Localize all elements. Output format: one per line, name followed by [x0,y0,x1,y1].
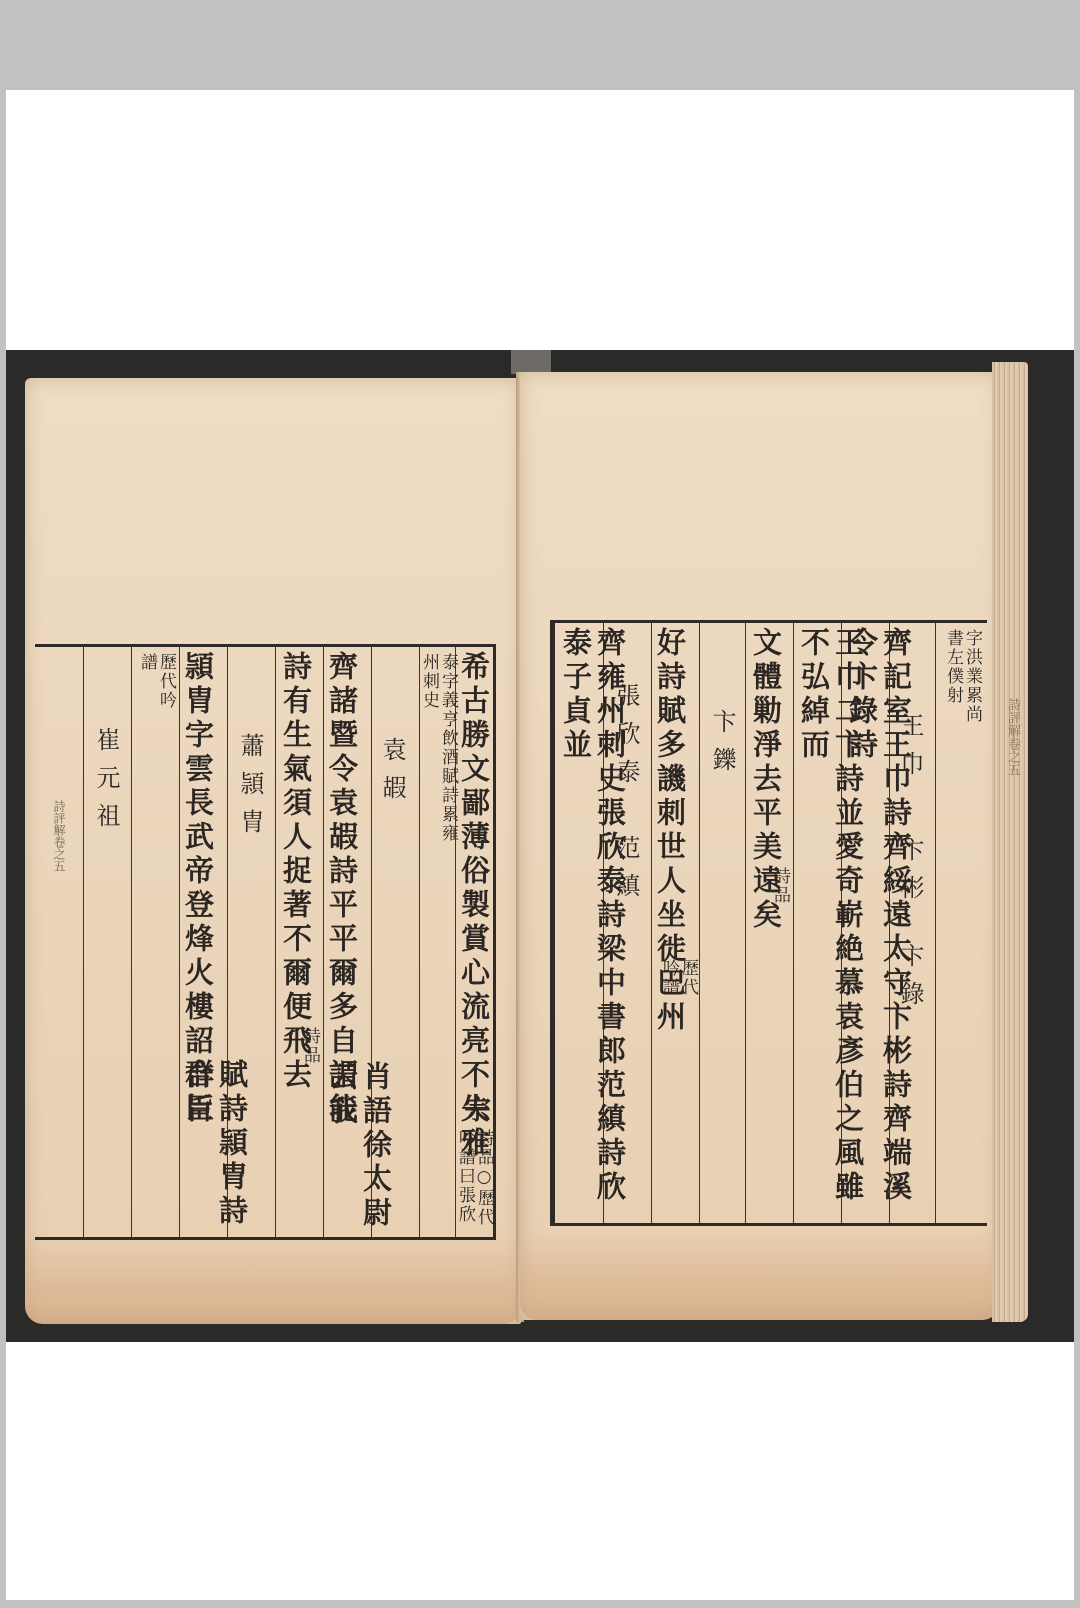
column-rule [935,623,936,1223]
column-rule [699,623,700,1223]
column-rule [323,647,324,1237]
text-column-4-cont: 肖語徐太尉云我 [325,1061,393,1237]
column-rule [419,647,420,1237]
left-page-text-frame: 希古勝文鄙薄俗製賞心流亮不失雅 宗 詩品○歷代吟譜曰張欣 泰字義亨飲酒賦詩累雍州… [35,644,496,1240]
column-rule [275,647,276,1237]
annotation-1: 詩品○歷代吟譜曰張欣 [455,1129,493,1229]
water-stain [25,1234,521,1324]
column-rule [179,647,180,1237]
right-page-text-frame: 字洪業累尚書左僕射 王巾 卞彬 卞錄 齊記室王巾詩齊綏遠太守卞彬詩齊端溪令卞錄詩… [550,620,987,1226]
right-page: 字洪業累尚書左僕射 王巾 卞彬 卞錄 齊記室王巾詩齊綏遠太守卞彬詩齊端溪令卞錄詩… [520,372,1000,1320]
text-column-1: 希古勝文鄙薄俗製賞心流亮不失雅 [457,651,491,1161]
annotation-r1: 字洪業累尚書左僕射 [939,629,981,739]
annotation-r7: 歷代吟譜 [653,959,697,1009]
fore-edge-label: 詩評解卷之五 [996,698,1020,776]
text-column-1-cont: 宗 [457,1095,491,1127]
book-scan-image: 詩評解卷之五 希古勝文鄙薄俗製賞心流亮不失雅 宗 詩品○歷代吟譜曰張欣 泰字義亨… [6,350,1074,1342]
page-fore-edge [992,362,1028,1322]
text-column-7: 頴胄字雲長武帝登烽火樓詔群臣 [181,651,215,1127]
column-rule [651,623,652,1223]
text-column-7-cont: 賦詩頴胄詩合旨 [181,1059,249,1237]
column-rule [745,623,746,1223]
annotation-5: 詩品 [279,1027,319,1065]
heading-cui-yuanzu: 崔元祖 [89,727,123,841]
heading-yuan-gu: 袁嘏 [375,737,409,813]
column-rule [793,623,794,1223]
column-rule [83,647,84,1237]
text-column-4: 齊諸暨令袁嘏詩平平爾多自謂能 [325,651,359,1127]
heading-xiao-yingzhou: 蕭頴胄 [233,733,267,847]
spine-tab [511,350,551,374]
water-stain [520,1230,1000,1320]
text-column-r9: 齊雍州刺史張欣泰詩梁中書郎范縝詩欣泰子貞並 [559,627,627,1223]
left-page: 詩評解卷之五 希古勝文鄙薄俗製賞心流亮不失雅 宗 詩品○歷代吟譜曰張欣 泰字義亨… [25,378,521,1324]
annotation-2: 泰字義亨飲酒賦詩累雍州刺史 [421,653,457,843]
column-rule [131,647,132,1237]
annotation-r5: 詩品 [749,867,789,905]
annotation-8: 歷代吟譜 [135,653,175,713]
text-column-r4: 王巾二卞詩並愛奇嶄絶慕袁彥伯之風雖不弘綽而 [797,627,865,1223]
heading-bian-shuo: 卞鑠 [705,709,739,785]
